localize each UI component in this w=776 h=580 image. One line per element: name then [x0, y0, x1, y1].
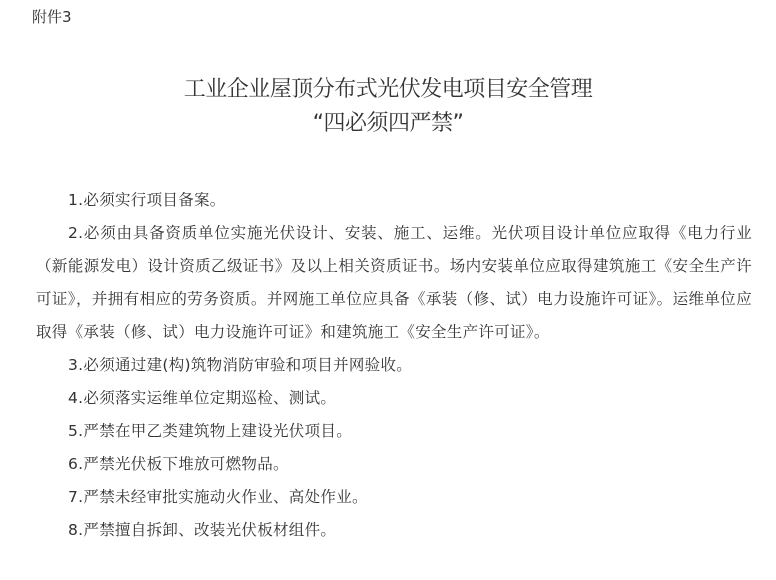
list-item-8: 8.严禁擅自拆卸、改装光伏板材组件。 — [36, 514, 752, 547]
document-body: 1.必须实行项目备案。 2.必须由具备资质单位实施光伏设计、安装、施工、运维。光… — [36, 184, 752, 547]
attachment-label: 附件3 — [32, 6, 72, 28]
list-item-4: 4.必须落实运维单位定期巡检、测试。 — [36, 382, 752, 415]
document-subtitle: “四必须四严禁” — [0, 108, 776, 140]
list-item-6: 6.严禁光伏板下堆放可燃物品。 — [36, 448, 752, 481]
document-title: 工业企业屋顶分布式光伏发电项目安全管理 — [0, 74, 776, 106]
list-item-5: 5.严禁在甲乙类建筑物上建设光伏项目。 — [36, 415, 752, 448]
list-item-1: 1.必须实行项目备案。 — [36, 184, 752, 217]
list-item-2: 2.必须由具备资质单位实施光伏设计、安装、施工、运维。光伏项目设计单位应取得《电… — [36, 217, 752, 349]
list-item-3: 3.必须通过建(构)筑物消防审验和项目并网验收。 — [36, 349, 752, 382]
list-item-7: 7.严禁未经审批实施动火作业、高处作业。 — [36, 481, 752, 514]
